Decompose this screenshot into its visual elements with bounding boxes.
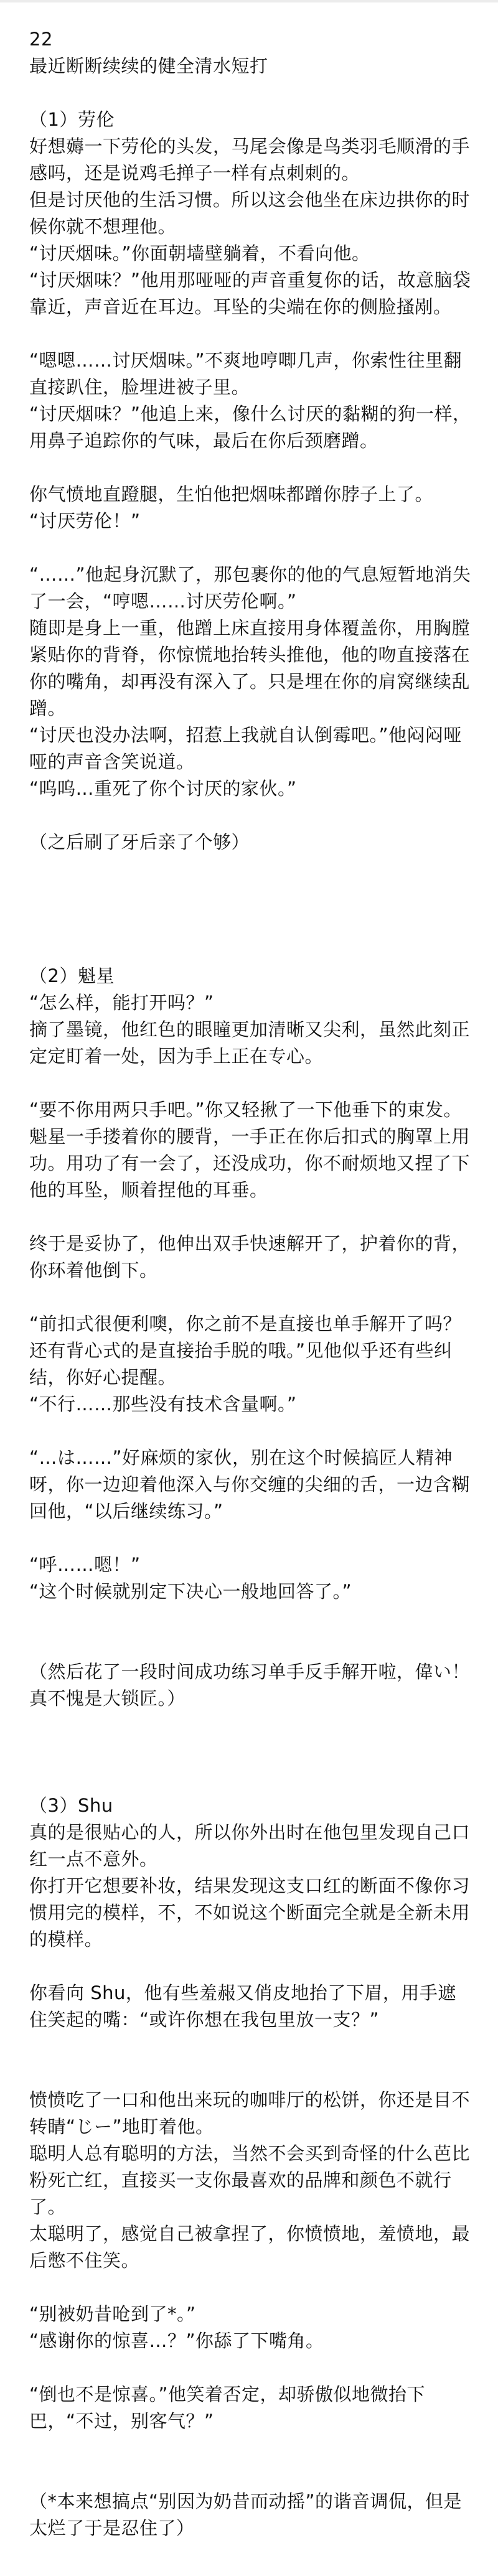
paragraph: “怎么样，能打开吗？” bbox=[29, 990, 472, 1016]
blank-line bbox=[29, 1632, 472, 1659]
paragraph: “讨厌烟味？”他追上来，像什么讨厌的黏糊的狗一样，用鼻子追踪你的气味，最后在你后… bbox=[29, 401, 472, 454]
paragraph: “倒也不是惊喜。”他笑着否定，却骄傲似地微抬下巴，“不过，别客气？” bbox=[29, 2381, 472, 2435]
paragraph: 你打开它想要补妆，结果发现这支口红的断面不像你习惯用完的模样，不，不如说这个断面… bbox=[29, 1873, 472, 1953]
blank-line bbox=[29, 1953, 472, 1980]
blank-line bbox=[29, 2461, 472, 2488]
section-heading: （2）魁星 bbox=[29, 963, 472, 990]
section-spacer bbox=[29, 856, 472, 963]
paragraph: “不行……那些没有技术含量啊。” bbox=[29, 1391, 472, 1418]
blank-line bbox=[29, 1284, 472, 1311]
blank-line bbox=[29, 535, 472, 561]
author-note: （之后刷了牙后亲了个够） bbox=[29, 829, 472, 856]
paragraph: 随即是身上一重，他蹭上床直接用身体覆盖你，用胸膛紧贴你的背脊，你惊慌地抬转头推他… bbox=[29, 615, 472, 722]
blank-line bbox=[29, 2033, 472, 2060]
paragraph: 摘了墨镜，他红色的眼瞳更加清晰又尖利，虽然此刻正定定盯着一处，因为手上正在专心。 bbox=[29, 1016, 472, 1070]
paragraph: “嗯嗯……讨厌烟味。”不爽地哼唧几声，你索性往里翻直接趴住，脸埋进被子里。 bbox=[29, 347, 472, 401]
section-lauren: （1）劳伦 好想薅一下劳伦的头发，马尾会像是鸟类羽毛顺滑的手感吗，还是说鸡毛掸子… bbox=[29, 106, 472, 856]
blank-line bbox=[29, 1605, 472, 1632]
paragraph: “前扣式很便利噢，你之前不是直接也单手解开了吗？还有背心式的是直接抬手脱的哦。”… bbox=[29, 1311, 472, 1391]
paragraph: “讨厌也没办法啊，招惹上我就自认倒霉吧。”他闷闷哑哑的声音含笑说道。 bbox=[29, 722, 472, 775]
paragraph: “要不你用两只手吧。”你又轻揪了一下他垂下的束发。 bbox=[29, 1097, 472, 1123]
paragraph: “别被奶昔呛到了*。” bbox=[29, 2301, 472, 2328]
paragraph: 终于是妥协了，他伸出双手快速解开了，护着你的背，你环着他倒下。 bbox=[29, 1230, 472, 1284]
paragraph: 愤愤吃了一口和他出来玩的咖啡厅的松饼，你还是目不转睛“じー”地盯着他。 bbox=[29, 2087, 472, 2140]
section-heading: （1）劳伦 bbox=[29, 106, 472, 133]
author-note: （*本来想搞点“别因为奶昔而动摇”的谐音调侃，但是太烂了于是忍住了） bbox=[29, 2488, 472, 2542]
paragraph: 你看向 Shu，他有些羞赧又俏皮地抬了下眉，用手遮住笑起的嘴：“或许你想在我包里… bbox=[29, 1980, 472, 2033]
blank-line bbox=[29, 2060, 472, 2087]
paragraph: “呼……嗯！” bbox=[29, 1552, 472, 1578]
article-body: 22 最近断断续续的健全清水短打 （1）劳伦 好想薅一下劳伦的头发，马尾会像是鸟… bbox=[29, 26, 472, 2542]
paragraph: “……”他起身沉默了，那包裹你的他的气息短暂地消失了一会，“哼嗯……讨厌劳伦啊。… bbox=[29, 561, 472, 615]
paragraph: “讨厌烟味。”你面朝墙壁躺着，不看向他。 bbox=[29, 240, 472, 267]
spacer bbox=[29, 80, 472, 106]
paragraph: “感谢你的惊喜…？”你舔了下嘴角。 bbox=[29, 2328, 472, 2354]
section-heading: （3）Shu bbox=[29, 1792, 472, 1819]
paragraph: “讨厌烟味？”他用那哑哑的声音重复你的话，故意脑袋靠近，声音近在耳边。耳坠的尖端… bbox=[29, 267, 472, 321]
paragraph: “呜呜…重死了你个讨厌的家伙。” bbox=[29, 775, 472, 802]
blank-line bbox=[29, 2274, 472, 2301]
post-title: 最近断断续续的健全清水短打 bbox=[29, 53, 472, 80]
paragraph: 好想薅一下劳伦的头发，马尾会像是鸟类羽毛顺滑的手感吗，还是说鸡毛掸子一样有点刺刺… bbox=[29, 133, 472, 187]
paragraph: 聪明人总有聪明的方法，当然不会买到奇怪的什么芭比粉死亡红，直接买一支你最喜欢的品… bbox=[29, 2140, 472, 2221]
paragraph: “讨厌劳伦！” bbox=[29, 508, 472, 535]
paragraph: 魁星一手搂着你的腰背，一手正在你后扣式的胸罩上用功。用功了有一会了，还没成功，你… bbox=[29, 1123, 472, 1204]
blank-line bbox=[29, 321, 472, 347]
blank-line bbox=[29, 1418, 472, 1445]
blank-line bbox=[29, 802, 472, 829]
section-shu: （3）Shu 真的是很贴心的人，所以你外出时在他包里发现自己口红一点不意外。 你… bbox=[29, 1792, 472, 2542]
blank-line bbox=[29, 1070, 472, 1097]
paragraph: “…は……”好麻烦的家伙，别在这个时候搞匠人精神呀，你一边迎着他深入与你交缠的尖… bbox=[29, 1445, 472, 1525]
blank-line bbox=[29, 1204, 472, 1230]
paragraph: 真的是很贴心的人，所以你外出时在他包里发现自己口红一点不意外。 bbox=[29, 1819, 472, 1873]
paragraph: 太聪明了，感觉自己被拿捏了，你愤愤地，羞愤地，最后憋不住笑。 bbox=[29, 2221, 472, 2274]
paragraph: 但是讨厌他的生活习惯。所以这会他坐在床边拱你的时候你就不想理他。 bbox=[29, 187, 472, 240]
blank-line bbox=[29, 454, 472, 481]
section-kuixing: （2）魁星 “怎么样，能打开吗？” 摘了墨镜，他红色的眼瞳更加清晰又尖利，虽然此… bbox=[29, 963, 472, 1712]
section-spacer bbox=[29, 1712, 472, 1792]
author-note: （然后花了一段时间成功练习单手反手解开啦，偉い！真不愧是大锁匠。） bbox=[29, 1659, 472, 1712]
blank-line bbox=[29, 2435, 472, 2461]
paragraph: “这个时候就别定下决心一般地回答了。” bbox=[29, 1578, 472, 1605]
paragraph: 你气愤地直蹬腿，生怕他把烟味都蹭你脖子上了。 bbox=[29, 481, 472, 508]
blank-line bbox=[29, 2354, 472, 2381]
blank-line bbox=[29, 1525, 472, 1552]
top-divider bbox=[0, 0, 498, 2]
post-number: 22 bbox=[29, 26, 472, 53]
